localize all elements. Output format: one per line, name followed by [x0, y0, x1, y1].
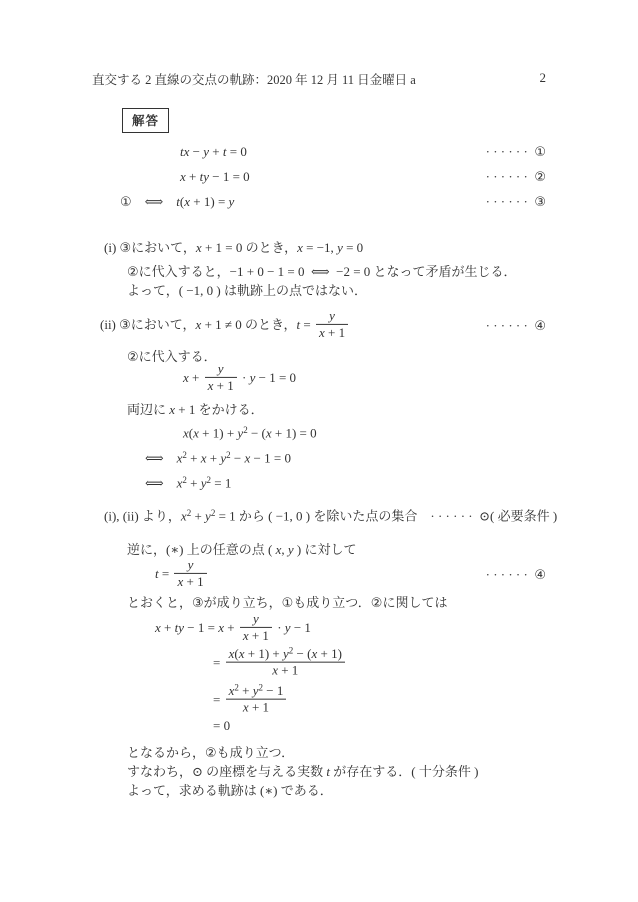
- therefore-holds-line: となるから，②も成り立つ．: [127, 744, 546, 762]
- multiply-both-sides-text: 両辺に x + 1 をかける．: [127, 401, 546, 419]
- align-step-2: = x(x + 1) + y2 − (x + 1)x + 1: [213, 648, 546, 681]
- equation-label: · · · · · · ③: [486, 193, 546, 211]
- case-i-substitution: ②に代入すると，−1 + 0 − 1 = 0 ⟺ −2 = 0 となって矛盾が生…: [127, 263, 546, 281]
- equation-1: tx − y + t = 0· · · · · · ①: [180, 143, 546, 161]
- fraction: x2 + y2 − 1x + 1: [226, 683, 287, 716]
- align-step-3: = x2 + y2 − 1x + 1: [213, 685, 546, 718]
- sufficient-condition-line: すなわち，⊙ の座標を与える実数 t が存在する．( 十分条件 ): [127, 763, 546, 781]
- equation-label: · · · · · · ②: [486, 168, 546, 186]
- equation-label: · · · · · · ①: [486, 143, 546, 161]
- simplified-equation-1: ⟺ x2 + x + y2 − x − 1 = 0: [145, 449, 546, 467]
- conversely-line: 逆に，(∗) 上の任意の点 ( x, y ) に対して: [127, 541, 546, 559]
- expanded-equation: x(x + 1) + y2 − (x + 1) = 0: [183, 424, 546, 442]
- circle-equation: ⟺ x2 + y2 = 1: [145, 474, 546, 492]
- equation-2: x + ty − 1 = 0· · · · · · ②: [180, 168, 546, 186]
- then-holds-line: とおくと，③が成り立ち，①も成り立つ．②に関しては: [127, 594, 546, 612]
- t-definition-equation: t = yx + 1· · · · · · ④: [155, 559, 546, 591]
- conclusion-line: よって，求める軌跡は (∗) である．: [127, 782, 546, 800]
- equation-3: ① ⟺ t(x + 1) = y· · · · · · ③: [120, 193, 546, 211]
- document-page: 直交する 2 直線の交点の軌跡：2020 年 12 月 11 日金曜日 a 2 …: [0, 0, 638, 902]
- equation-label: · · · · · · ④: [486, 317, 546, 335]
- page-number: 2: [540, 70, 547, 86]
- fraction: yx + 1: [174, 557, 206, 589]
- fraction: x(x + 1) + y2 − (x + 1)x + 1: [226, 646, 345, 679]
- case-i-conclusion: よって，( −1, 0 ) は軌跡上の点ではない．: [127, 282, 546, 300]
- header-title: 直交する 2 直線の交点の軌跡：2020 年 12 月 11 日金曜日 a: [92, 70, 416, 88]
- align-step-1: x + ty − 1 = x + yx + 1 · y − 1: [155, 613, 546, 645]
- necessary-condition-line: (i), (ii) より，x2 + y2 = 1 から ( −1, 0 ) を除…: [104, 507, 546, 525]
- case-ii-intro: (ii) ③において，x + 1 ≠ 0 のとき，t = yx + 1· · ·…: [100, 310, 546, 342]
- case-ii-substituted-equation: x + yx + 1 · y − 1 = 0: [183, 363, 546, 395]
- answer-box-label: 解答: [122, 108, 169, 133]
- align-step-4: = 0: [213, 717, 546, 735]
- fraction: yx + 1: [205, 361, 237, 393]
- fraction: yx + 1: [240, 611, 272, 643]
- case-i-intro: (i) ③において，x + 1 = 0 のとき，x = −1, y = 0: [104, 239, 546, 257]
- fraction: yx + 1: [316, 308, 348, 340]
- equation-label: · · · · · · ④: [486, 566, 546, 584]
